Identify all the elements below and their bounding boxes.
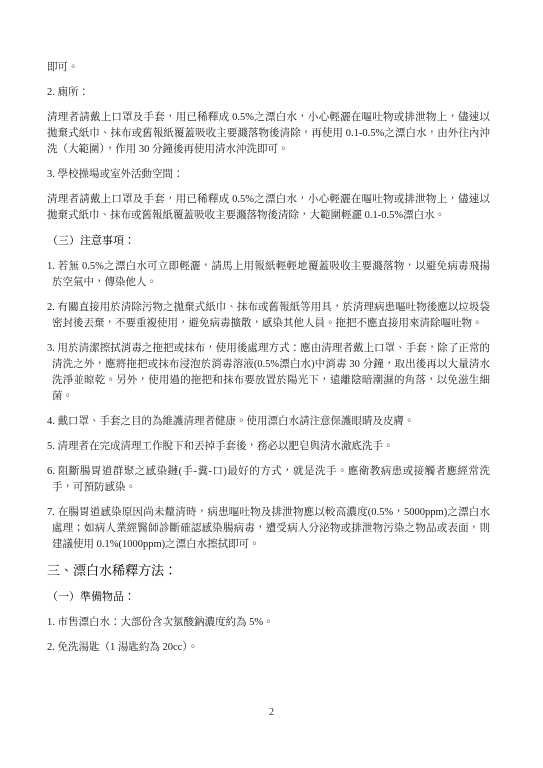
- heading-dilution-method: 三、漂白水稀釋方法：: [47, 562, 490, 580]
- prep-item-2: 2. 免洗湯匙（1 湯匙約為 20cc）。: [47, 640, 490, 656]
- paragraph-toilet-cleanup: 清理者請戴上口罩及手套，用已稀釋成 0.5%之漂白水，小心輕灑在嘔吐物或排泄物上…: [47, 110, 490, 158]
- note-item-3: 3. 用於清潔擦拭消毒之拖把或抹布，使用後處理方式：應由清理者戴上口罩、手套，除…: [47, 341, 490, 405]
- note-item-5: 5. 清理者在完成清理工作脫下和丟掉手套後，務必以肥皂與清水澈底洗手。: [47, 439, 490, 455]
- note-item-7: 7. 在腸胃道感染原因尚未釐清時，病患嘔吐物及排泄物應以較高濃度(0.5%，50…: [47, 505, 490, 553]
- list-item-toilet-label: 2. 廁所：: [47, 85, 490, 101]
- note-item-6: 6. 阻斷腸胃道群聚之感染鏈(手-糞-口)最好的方式，就是洗手。應衛教病患或接觸…: [47, 464, 490, 496]
- prep-item-1: 1. 市售漂白水：大部份含次氯酸鈉濃度約為 5%。: [47, 615, 490, 631]
- note-item-1: 1. 若無 0.5%之漂白水可立即輕灑，請馬上用報紙輕輕地覆蓋吸收主要濺落物，以…: [47, 259, 490, 291]
- paragraph-continuation: 即可。: [47, 60, 490, 76]
- note-item-4: 4. 戴口罩、手套之目的為維護清理者健康。使用漂白水請注意保護眼睛及皮膚。: [47, 414, 490, 430]
- list-item-playground-label: 3. 學校操場或室外活動空間：: [47, 167, 490, 183]
- paragraph-playground-cleanup: 清理者請戴上口罩及手套，用已稀釋成 0.5%之漂白水，小心輕灑在嘔吐物或排泄物上…: [47, 192, 490, 224]
- heading-preparation-items: （一）準備物品：: [47, 589, 490, 606]
- heading-notes-section: （三）注意事項：: [47, 233, 490, 250]
- note-item-2: 2. 有關直接用於清除污物之拋棄式紙巾、抹布或舊報紙等用具，於清理病患嘔吐物後應…: [47, 300, 490, 332]
- page-number: 2: [0, 705, 543, 721]
- document-page: 即可。 2. 廁所： 清理者請戴上口罩及手套，用已稀釋成 0.5%之漂白水，小心…: [0, 0, 543, 768]
